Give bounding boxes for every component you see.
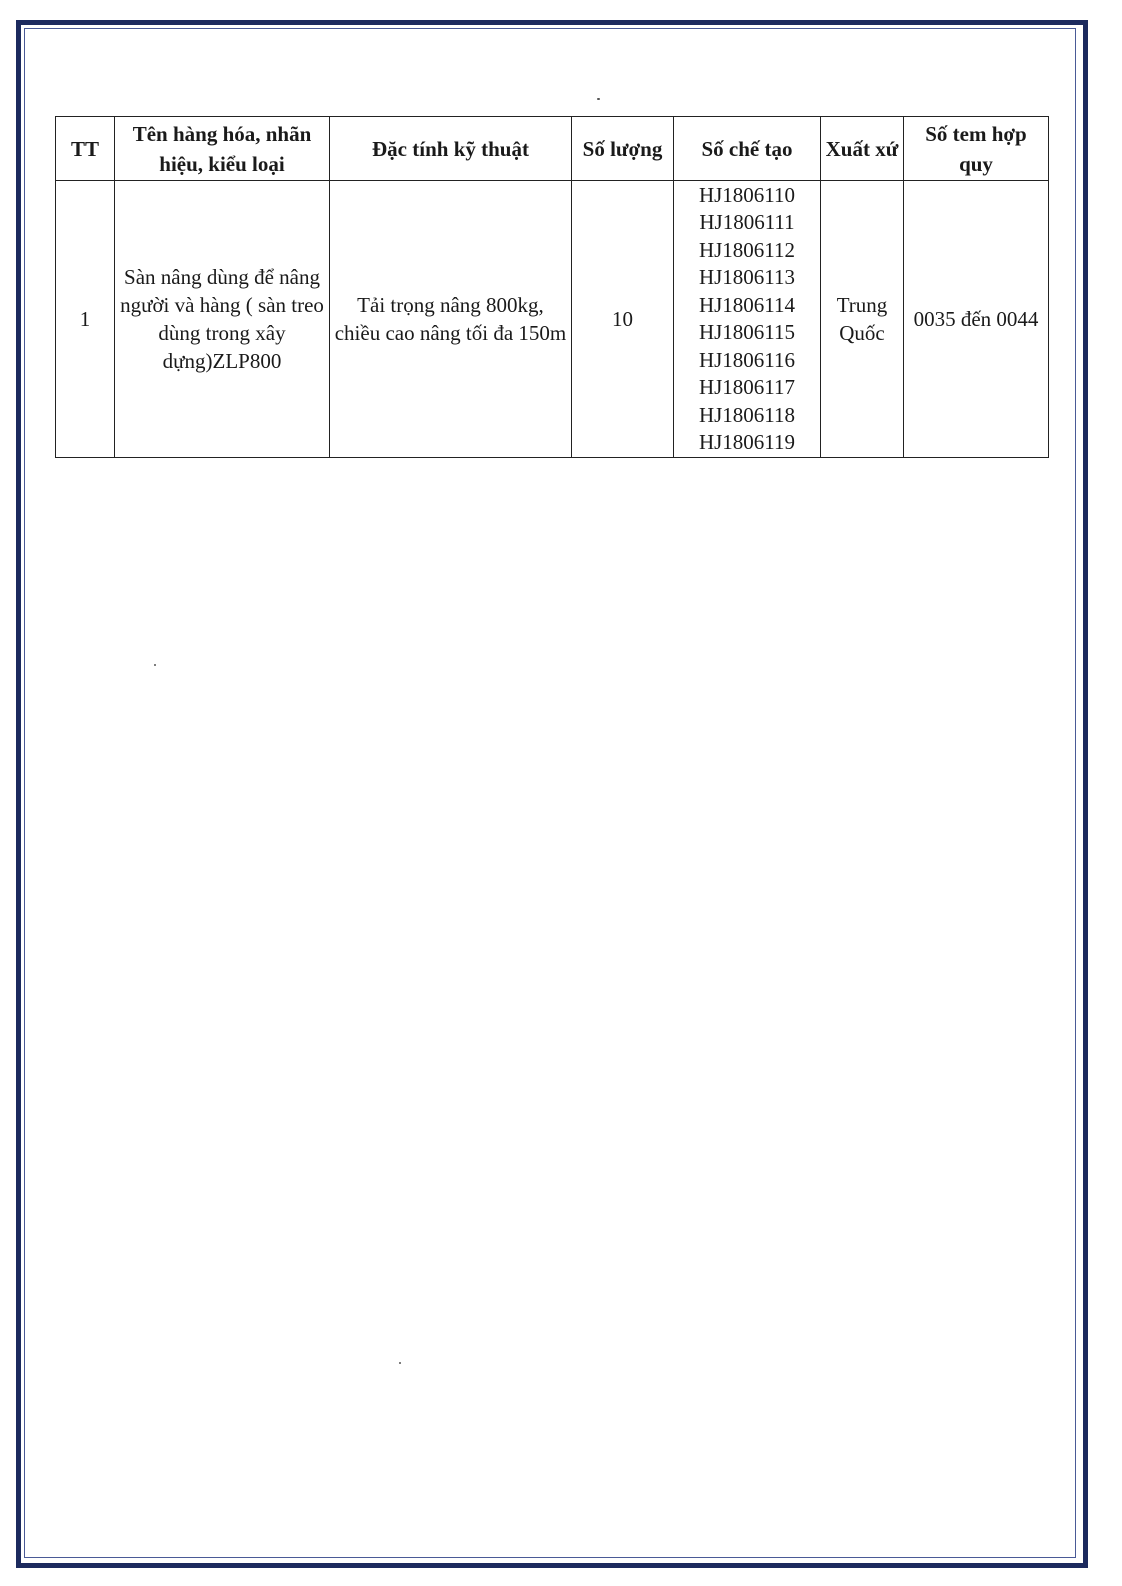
cell-origin: Trung Quốc bbox=[821, 181, 904, 458]
serial-number: HJ1806115 bbox=[678, 319, 816, 347]
cell-product-name: Sàn nâng dùng để nâng người và hàng ( sà… bbox=[115, 181, 330, 458]
scan-speck bbox=[399, 1362, 401, 1364]
header-tt: TT bbox=[56, 117, 115, 181]
serial-number: HJ1806116 bbox=[678, 347, 816, 375]
header-stamp-number: Số tem hợp quy bbox=[904, 117, 1049, 181]
table-row: 1 Sàn nâng dùng để nâng người và hàng ( … bbox=[56, 181, 1049, 458]
table-header-row: TT Tên hàng hóa, nhãn hiệu, kiểu loại Đặ… bbox=[56, 117, 1049, 181]
cell-serial-numbers: HJ1806110 HJ1806111 HJ1806112 HJ1806113 … bbox=[674, 181, 821, 458]
header-product-name: Tên hàng hóa, nhãn hiệu, kiểu loại bbox=[115, 117, 330, 181]
header-quantity: Số lượng bbox=[572, 117, 674, 181]
serial-number: HJ1806114 bbox=[678, 292, 816, 320]
cell-tt: 1 bbox=[56, 181, 115, 458]
serial-number: HJ1806119 bbox=[678, 429, 816, 457]
product-spec-table: TT Tên hàng hóa, nhãn hiệu, kiểu loại Đặ… bbox=[55, 116, 1049, 458]
serial-number: HJ1806118 bbox=[678, 402, 816, 430]
serial-number: HJ1806117 bbox=[678, 374, 816, 402]
header-technical-spec: Đặc tính kỹ thuật bbox=[330, 117, 572, 181]
serial-number: HJ1806113 bbox=[678, 264, 816, 292]
header-serial-number: Số chế tạo bbox=[674, 117, 821, 181]
serial-number: HJ1806111 bbox=[678, 209, 816, 237]
scan-speck bbox=[154, 664, 156, 666]
scan-speck bbox=[597, 98, 600, 100]
header-origin: Xuất xứ bbox=[821, 117, 904, 181]
serial-number: HJ1806112 bbox=[678, 237, 816, 265]
serial-number: HJ1806110 bbox=[678, 182, 816, 210]
cell-stamp-numbers: 0035 đến 0044 bbox=[904, 181, 1049, 458]
cell-technical-spec: Tải trọng nâng 800kg, chiều cao nâng tối… bbox=[330, 181, 572, 458]
cell-quantity: 10 bbox=[572, 181, 674, 458]
